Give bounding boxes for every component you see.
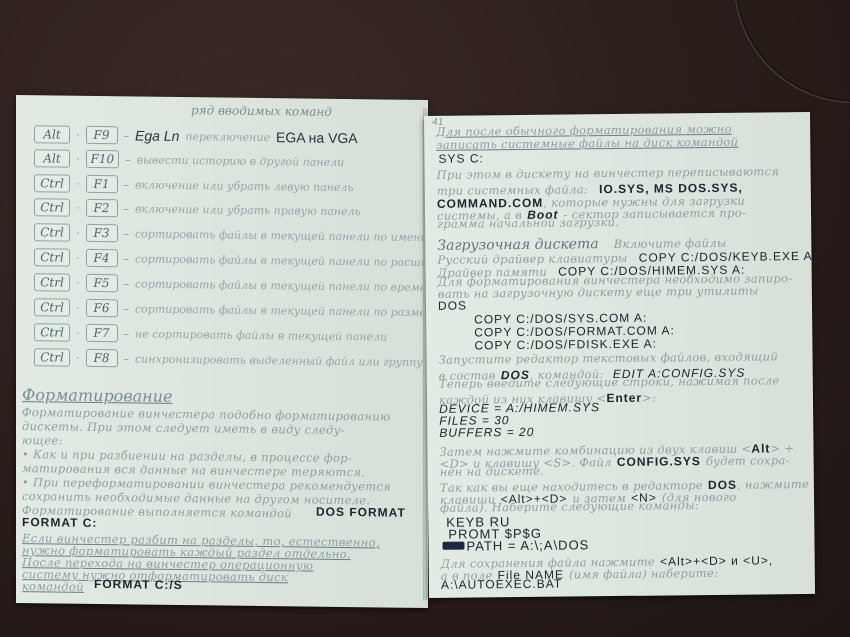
shortcut-description: сортировать файлы в текущей панели по ра… — [135, 302, 428, 319]
shortcut-row: Ctrl·F7–не сортировать файлы в текущей п… — [34, 321, 387, 347]
enter-key: Enter — [606, 390, 642, 404]
plus-separator: · — [76, 326, 80, 339]
dos-label: DOS — [438, 299, 467, 313]
plus-separator: · — [76, 226, 80, 239]
plus-separator: · — [76, 276, 80, 289]
function-key: F7 — [86, 324, 118, 342]
formatting-paragraph: Форматирование винчестера подобно формат… — [16, 95, 428, 100]
function-key: F6 — [86, 299, 118, 317]
shortcut-description: не сортировать файлы в текущей панели — [135, 327, 387, 343]
config-sys: CONFIG.SYS — [617, 454, 701, 469]
shortcut-description: вывести историю в другой панели — [137, 153, 345, 169]
function-key: F1 — [86, 175, 118, 193]
dash-separator: – — [124, 129, 130, 142]
shortcut-description: сортировать файлы в текущей панели по им… — [135, 227, 428, 244]
modifier-key: Ctrl — [34, 248, 70, 266]
modifier-key: Ctrl — [34, 174, 70, 192]
shortcut-row: Ctrl·F4–сортировать файлы в текущей пане… — [34, 246, 428, 273]
notebook-left-page: ряд вводимых команд Alt·F9–Ega Lnпереклю… — [16, 95, 428, 608]
shortcut-description: сортировать файлы в текущей панели по вр… — [135, 277, 428, 294]
partition-note: Если винчестер разбит на разделы, то, ес… — [16, 95, 428, 100]
section-heading: Форматирование — [22, 385, 172, 406]
paragraph-line: ющее: — [22, 433, 63, 447]
ink-scribble — [442, 541, 464, 549]
modifier-key: Alt — [34, 125, 70, 143]
shortcut-description: сортировать файлы в текущей панели по ра… — [135, 252, 428, 269]
shortcut-row: Alt·F10–вывести историю в другой панели — [34, 147, 344, 173]
shortcut-list: Alt·F9–Ega LnпереключениеEGA на VGAAlt·F… — [16, 95, 428, 100]
shortcut-row: Ctrl·F8–синхронизировать выделенный файл… — [34, 346, 428, 373]
modifier-key: Alt — [34, 149, 70, 167]
function-key: F8 — [86, 349, 118, 367]
shortcut-row: Ctrl·F3–сортировать файлы в текущей пане… — [34, 221, 428, 248]
copy-commands: COPY C:/DOS/SYS.COM A:COPY C:/DOS/FORMAT… — [424, 112, 810, 116]
dash-separator: – — [124, 277, 130, 290]
final-text: (имя файла) наберите: — [569, 566, 718, 582]
function-key: F2 — [86, 199, 118, 217]
cmd-format-c: FORMAT C: — [22, 515, 97, 530]
note-line: командой — [22, 579, 84, 594]
config-lines: DEVICE = A:/HIMEM.SYSFILES = 30BUFFERS =… — [424, 112, 810, 116]
paragraph-line: дискеты. При этом следует иметь в виду с… — [22, 419, 345, 437]
function-key: F3 — [86, 224, 118, 242]
cmd-dos-format: DOS FORMAT — [316, 505, 406, 520]
save-text: будет сохра- — [706, 453, 790, 468]
modifier-key: Ctrl — [34, 198, 70, 216]
notebook-right-page: 41 Для после обычного форматирования мож… — [424, 112, 815, 598]
function-key: F4 — [86, 249, 118, 267]
modifier-key: Ctrl — [34, 273, 70, 291]
shortcut-description: синхронизировать выделенный файл или гру… — [135, 352, 428, 369]
plus-separator: · — [76, 351, 80, 364]
dash-separator: – — [124, 302, 130, 315]
modifier-key: Ctrl — [34, 223, 70, 241]
shortcut-row: Ctrl·F2–включение или убрать правую пане… — [34, 196, 361, 222]
plus-separator: · — [76, 128, 80, 141]
enter-text: >: — [642, 390, 656, 404]
modifier-key: Ctrl — [34, 323, 70, 341]
cmd-format-cs: FORMAT C:/S — [94, 577, 183, 592]
dash-separator: – — [124, 178, 130, 191]
cable — [735, 0, 850, 102]
shortcut-name: Ega Ln — [135, 127, 179, 144]
dash-separator: – — [124, 227, 130, 240]
shortcut-row: Alt·F9–Ega LnпереключениеEGA на VGA — [34, 123, 358, 149]
shortcut-row: Ctrl·F5–сортировать файлы в текущей пане… — [34, 271, 428, 298]
dash-separator: – — [125, 153, 131, 166]
left-page-title: ряд вводимых команд — [191, 103, 332, 119]
modifier-key: Ctrl — [34, 348, 70, 366]
shortcut-description: включение или убрать левую панель — [135, 178, 354, 194]
para1-line5: грамма начальной загрузки. — [437, 215, 619, 231]
shortcut-description: переключение — [185, 130, 270, 144]
modifier-key: Ctrl — [34, 298, 70, 316]
new-text: , нажмите — [737, 477, 809, 492]
config-line: BUFFERS = 20 — [439, 424, 534, 439]
dash-separator: – — [124, 352, 130, 365]
autoexec-path: A:\AUTOEXEC.BAT — [441, 576, 562, 591]
function-key: F5 — [86, 274, 118, 292]
cmd-sys: SYS C: — [438, 151, 484, 165]
shortcut-row: Ctrl·F1–включение или убрать левую панел… — [34, 172, 354, 198]
shortcut-description: включение или убрать правую панель — [135, 202, 361, 218]
intro-line-2: записать системные файлы на диск командо… — [436, 134, 738, 151]
function-key: F9 — [86, 126, 118, 144]
plus-separator: · — [76, 201, 80, 214]
shortcut-emphasis: EGA на VGA — [276, 129, 358, 146]
plus-separator: · — [76, 251, 80, 264]
format-note-2: вать на загрузочную дискету еще три утил… — [438, 284, 759, 301]
dash-separator: – — [124, 202, 130, 215]
plus-separator: · — [76, 177, 80, 190]
plus-separator: · — [76, 152, 80, 165]
shortcut-row: Ctrl·F6–сортировать файлы в текущей пане… — [34, 296, 428, 323]
dash-separator: – — [124, 327, 130, 340]
function-key: F10 — [86, 150, 120, 168]
dash-separator: – — [124, 252, 130, 265]
new-line3: файла). Наберите следующие команды: — [440, 498, 699, 515]
plus-separator: · — [76, 301, 80, 314]
